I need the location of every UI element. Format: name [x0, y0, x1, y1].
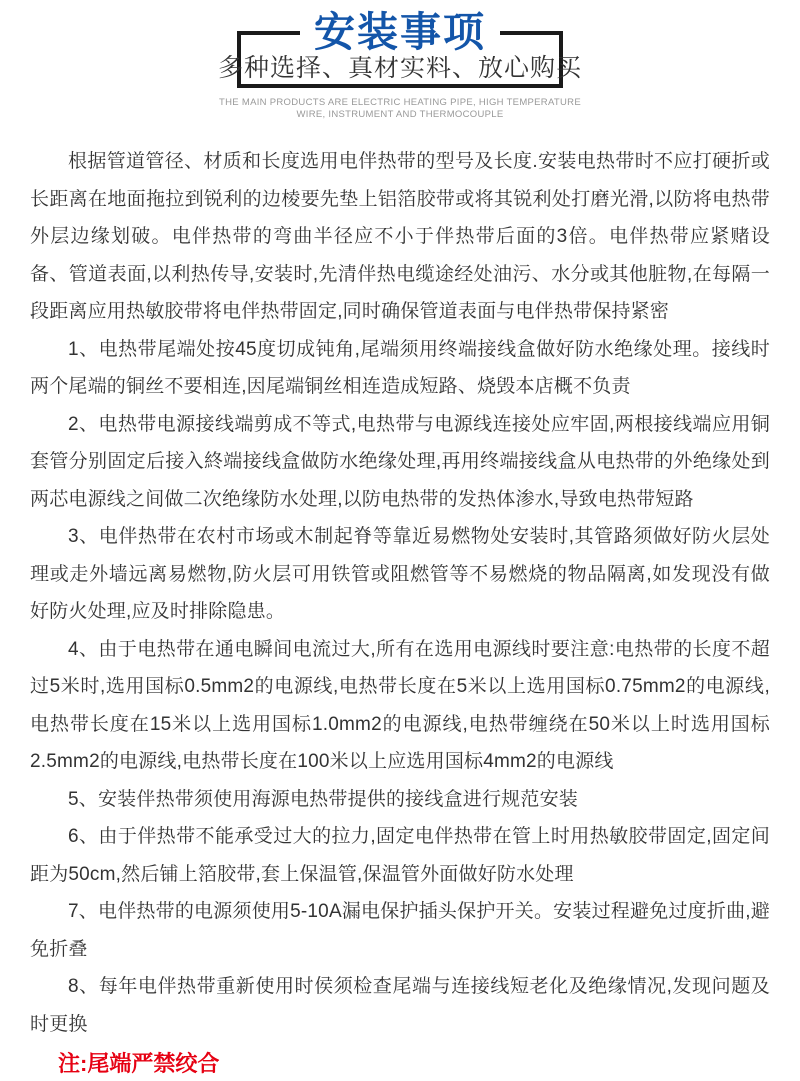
- instruction-item-2: 2、电热带电源接线端剪成不等式,电热带与电源线连接处应牢固,两根接线端应用铜套管…: [30, 406, 770, 519]
- english-caption: THE MAIN PRODUCTS ARE ELECTRIC HEATING P…: [205, 97, 595, 121]
- instruction-item-1: 1、电热带尾端处按45度切成钝角,尾端须用终端接线盒做好防水绝缘处理。接线时两个…: [30, 331, 770, 406]
- instruction-item-3: 3、电伴热带在农村市场或木制起脊等靠近易燃物处安装时,其管路须做好防火层处理或走…: [30, 518, 770, 631]
- instruction-item-8: 8、每年电伴热带重新使用时侯须检查尾端与连接线短老化及绝缘情况,发现问题及时更换: [30, 968, 770, 1043]
- subtitle: 多种选择、真材实料、放心购买: [218, 53, 582, 84]
- intro-paragraph: 根据管道管径、材质和长度选用电伴热带的型号及长度.安装电热带时不应打硬折或长距离…: [30, 143, 770, 331]
- instruction-item-7: 7、电伴热带的电源须使用5-10A漏电保护插头保护开关。安装过程避免过度折曲,避…: [30, 893, 770, 968]
- header: 安装事项 多种选择、真材实料、放心购买 THE MAIN PRODUCTS AR…: [0, 31, 800, 121]
- warning-note: 注:尾端严禁绞合: [30, 1047, 770, 1081]
- instruction-item-5: 5、安装伴热带须使用海源电热带提供的接线盒进行规范安装: [30, 781, 770, 819]
- title-frame: 安装事项 多种选择、真材实料、放心购买: [237, 31, 563, 88]
- instruction-item-6: 6、由于伴热带不能承受过大的拉力,固定电伴热带在管上时用热敏胶带固定,固定间距为…: [30, 818, 770, 893]
- page: 安装事项 多种选择、真材实料、放心购买 THE MAIN PRODUCTS AR…: [0, 0, 800, 1081]
- page-title: 安装事项: [300, 8, 500, 56]
- instructions-section: 根据管道管径、材质和长度选用电伴热带的型号及长度.安装电热带时不应打硬折或长距离…: [0, 121, 800, 1081]
- instruction-item-4: 4、由于电热带在通电瞬间电流过大,所有在选用电源线时要注意:电热带的长度不超过5…: [30, 631, 770, 781]
